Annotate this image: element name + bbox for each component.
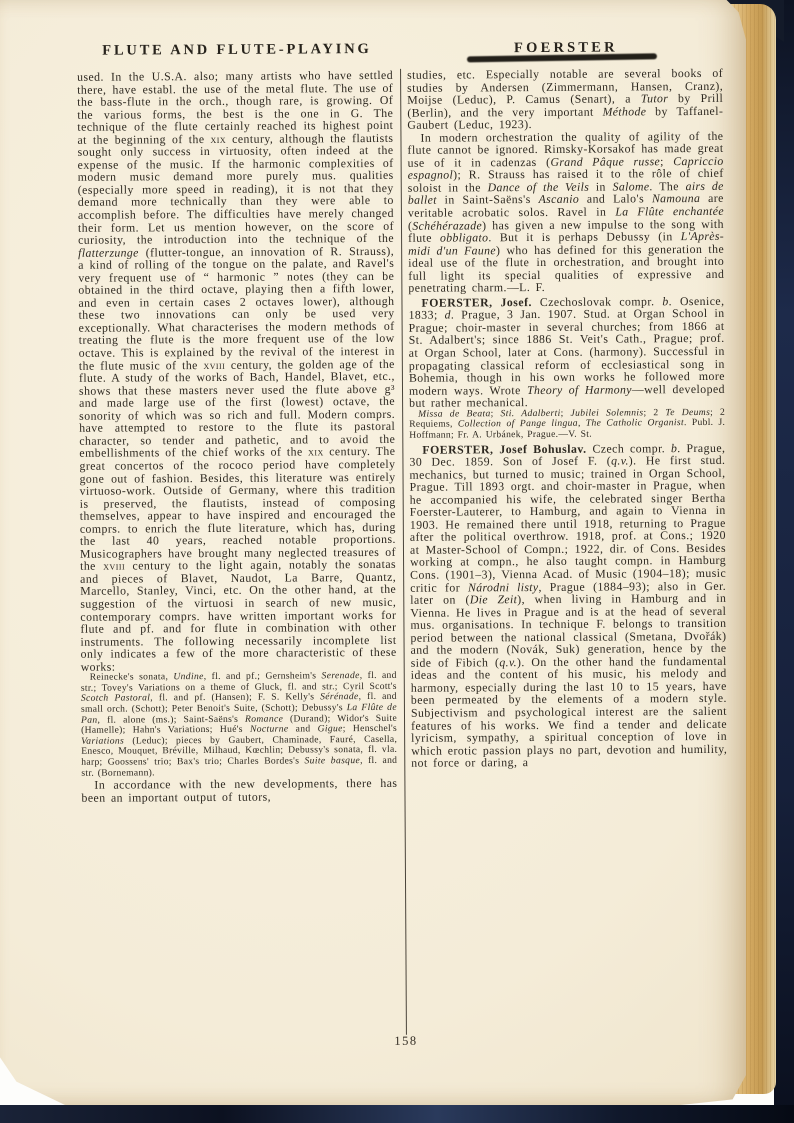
- paragraph-flute-playing-continuation: used. In the U.S.A. also; many artists w…: [77, 69, 397, 673]
- two-column-text: used. In the U.S.A. also; many artists w…: [77, 67, 729, 1037]
- column-divider-rule: [400, 69, 407, 1035]
- paragraph-tutors: In accordance with the new developments,…: [81, 777, 397, 804]
- scanned-book-photo: { "page": { "header_left": "FLUTE AND FL…: [0, 0, 794, 1123]
- running-head-left: FLUTE AND FLUTE-PLAYING: [77, 41, 397, 60]
- entry-foerster-josef: FOERSTER, Josef. Czechoslovak compr. b. …: [408, 295, 725, 410]
- left-column: used. In the U.S.A. also; many artists w…: [77, 69, 399, 1037]
- book-cover-right-edge: [774, 0, 794, 1123]
- page-number: 158: [83, 1032, 729, 1051]
- paragraph-studies-continuation: studies, etc. Especially notable are sev…: [407, 67, 723, 132]
- page-content: FLUTE AND FLUTE-PLAYING FOERSTER used. I…: [0, 0, 749, 1108]
- book-page: FLUTE AND FLUTE-PLAYING FOERSTER used. I…: [0, 0, 746, 1106]
- running-head-right: FOERSTER: [409, 39, 723, 58]
- entry-foerster-josef-bohuslav: FOERSTER, Josef Bohuslav. Czech compr. b…: [409, 441, 727, 769]
- entry-foerster-josef-works: Missa de Beata; Sti. Adalberti; Jubilei …: [409, 408, 725, 442]
- right-column: studies, etc. Especially notable are sev…: [407, 67, 729, 1035]
- book-cover-bottom-edge: [0, 1105, 794, 1123]
- paragraph-modern-orchestration: In modern orchestration the quality of a…: [407, 130, 724, 295]
- paragraph-works-list: Reinecke's sonata, Undine, fl. and pf.; …: [81, 671, 398, 779]
